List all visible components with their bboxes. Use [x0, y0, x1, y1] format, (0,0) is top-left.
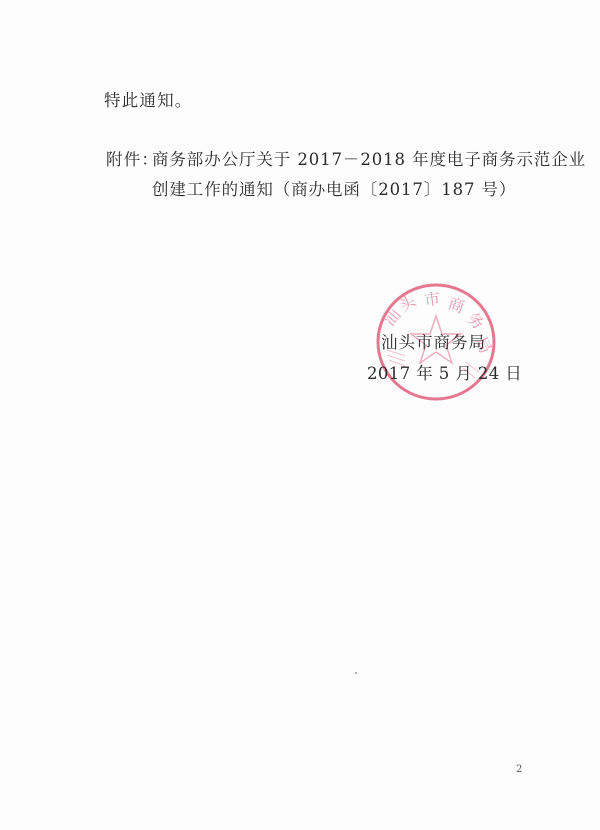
attachment-title-line-2: 创建工作的通知（商办电函〔2017〕187 号） [152, 180, 516, 200]
attachment-title-line-1: 商务部办公厅关于 2017－2018 年度电子商务示范企业 [152, 150, 586, 170]
issuer-name: 汕头市商务局 [381, 333, 486, 353]
svg-text:头: 头 [396, 291, 420, 316]
page-number: 2 [516, 764, 522, 775]
closing-text: 特此通知。 [104, 91, 193, 111]
svg-text:汕: 汕 [380, 305, 405, 329]
svg-text:商: 商 [446, 294, 467, 317]
scan-speck [355, 672, 357, 674]
document-page: 特此通知。 附件： 商务部办公厅关于 2017－2018 年度电子商务示范企业 … [0, 0, 600, 830]
svg-text:市: 市 [423, 289, 442, 310]
svg-text:务: 务 [463, 309, 487, 334]
issue-date: 2017 年 5 月 24 日 [367, 364, 522, 384]
